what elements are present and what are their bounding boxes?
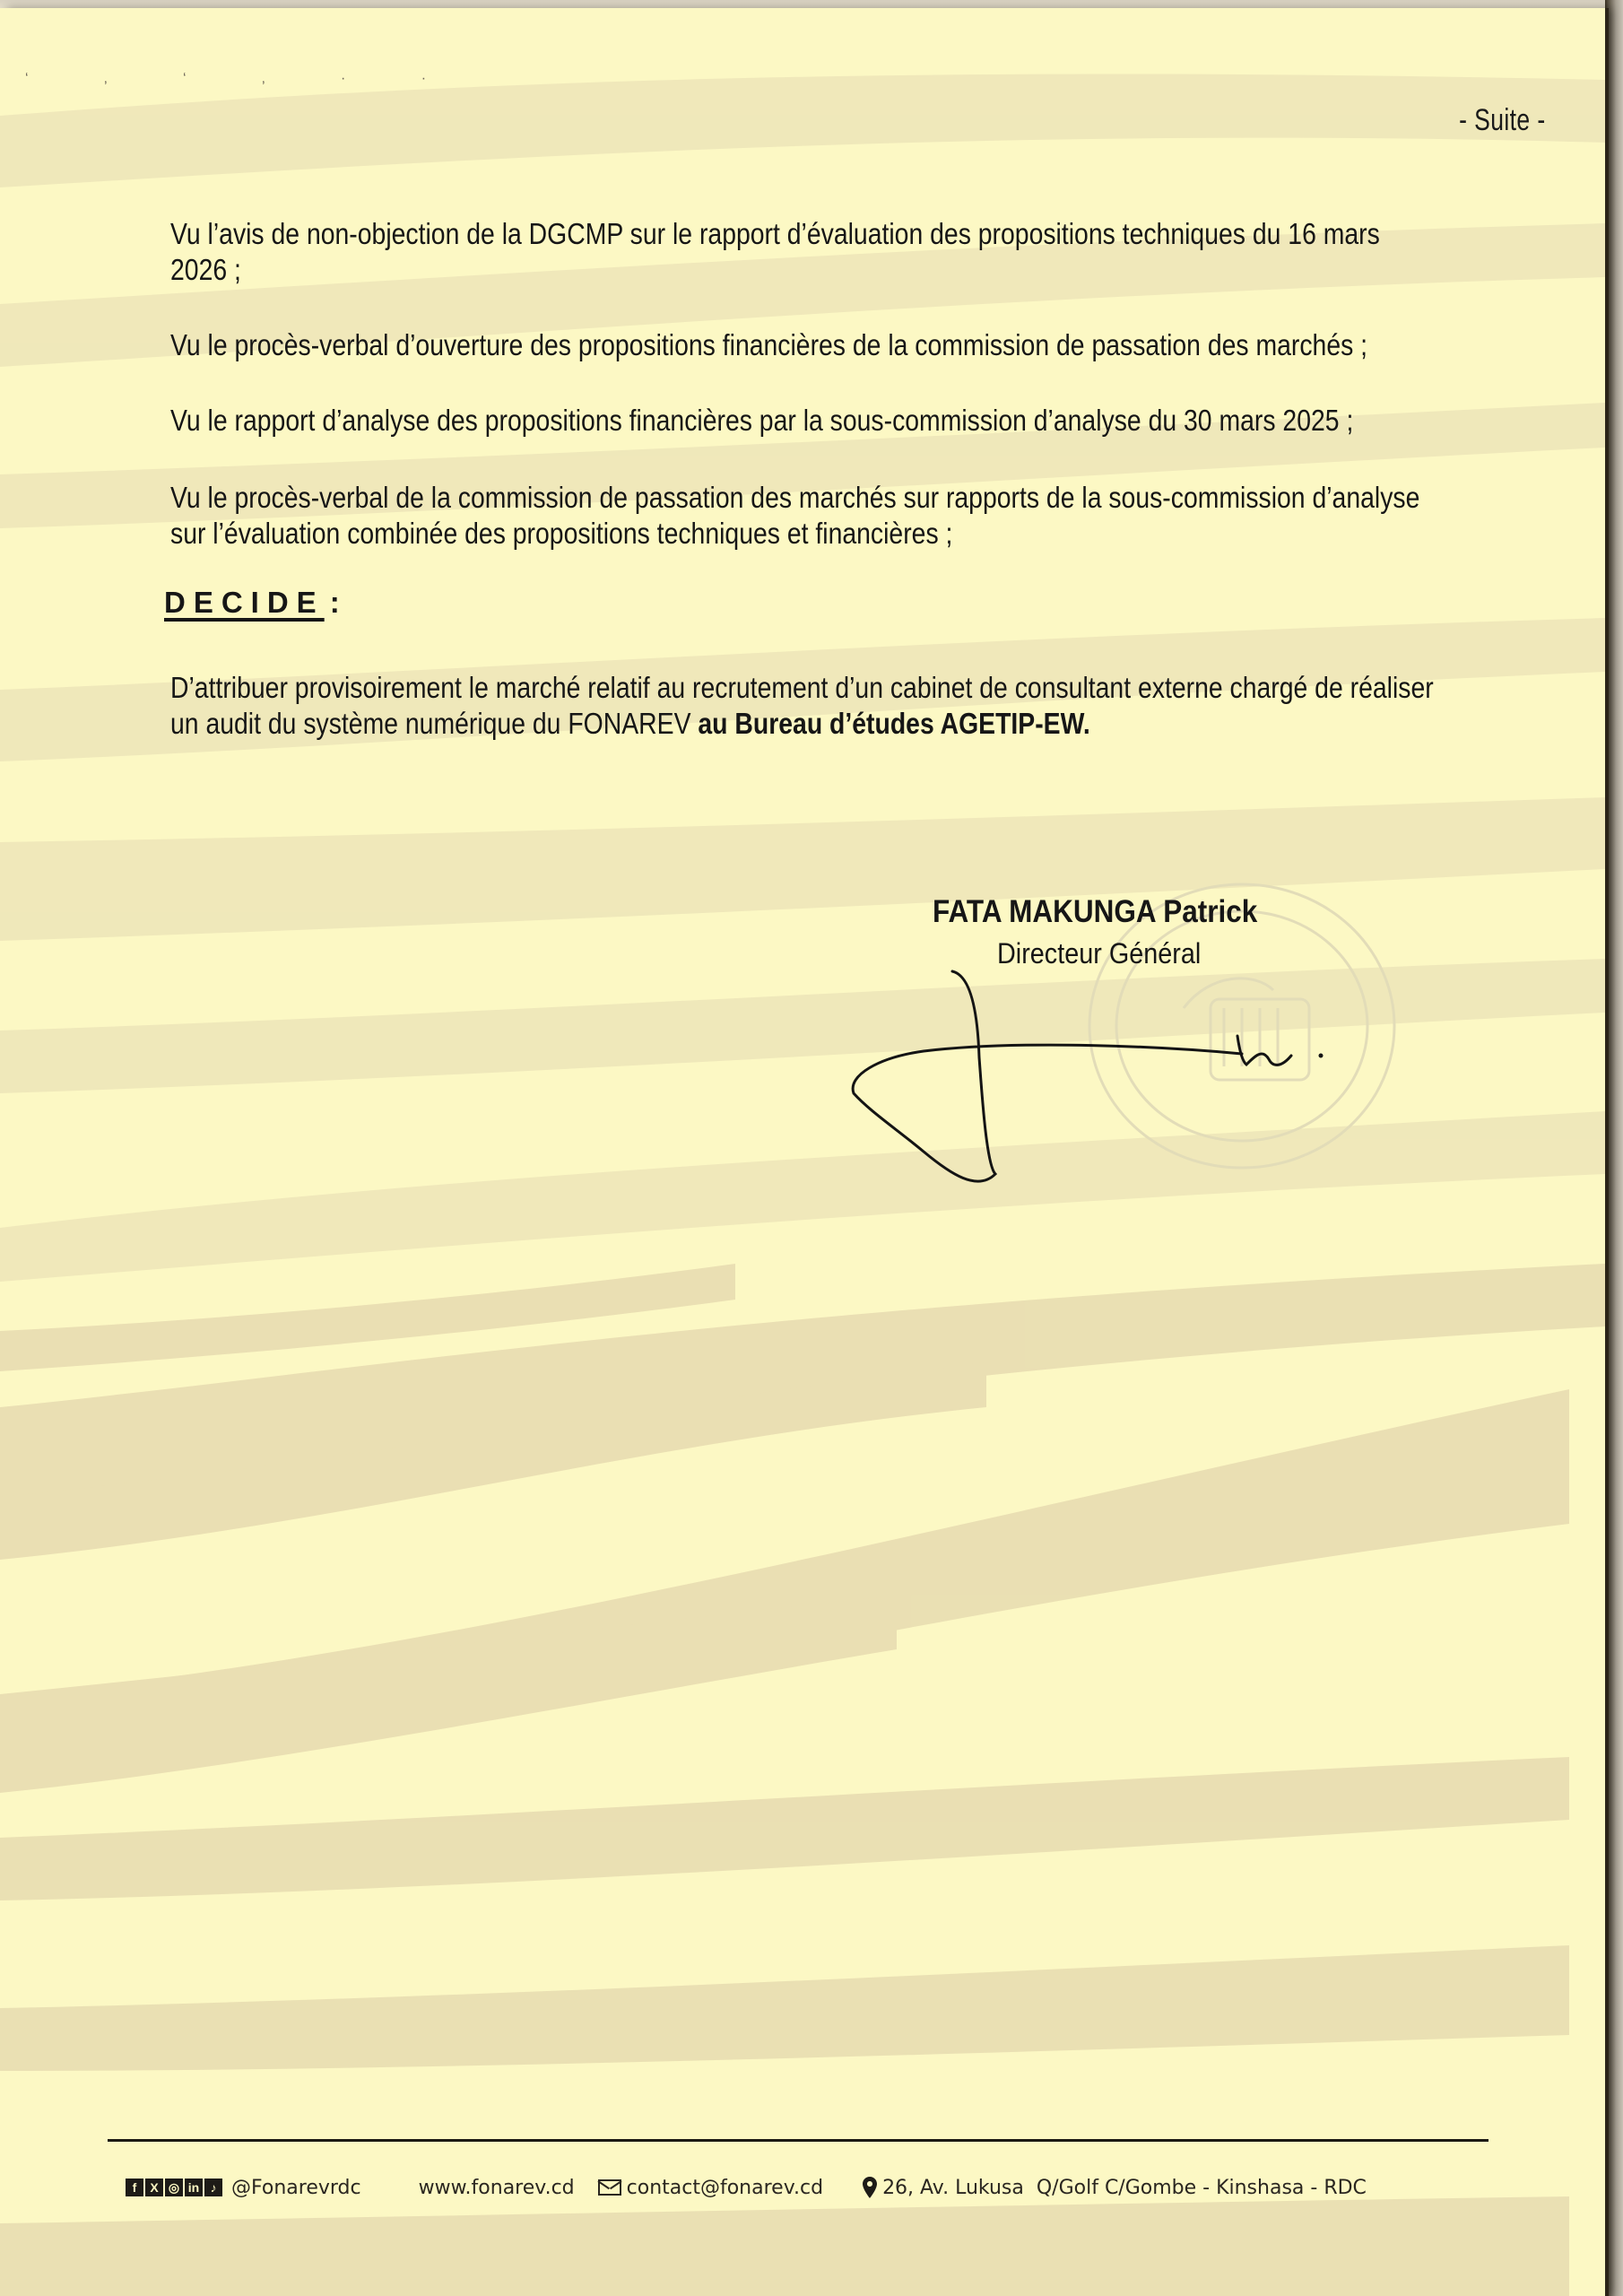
document-page: ‘ ‚ ‘ ‚ · · - Suite - Vu l’avis de non-o… xyxy=(0,8,1605,2296)
linkedin-icon[interactable]: in xyxy=(185,2179,203,2196)
scan-right-edge xyxy=(1605,0,1623,2296)
decision-line-1: D’attribuer provisoirement le marché rel… xyxy=(170,670,1489,706)
decision-text: D’attribuer provisoirement le marché rel… xyxy=(170,670,1489,742)
consideration-1: Vu l’avis de non-objection de la DGCMP s… xyxy=(170,216,1489,288)
social-handle[interactable]: @Fonarevrdc xyxy=(231,2177,361,2199)
consideration-3: Vu le rapport d’analyse des propositions… xyxy=(170,403,1489,439)
awardee-name: au Bureau d’études AGETIP-EW. xyxy=(698,707,1089,740)
continuation-label: - Suite - xyxy=(1460,103,1546,138)
envelope-icon xyxy=(598,2179,621,2196)
footer: f X ◎ in ♪ @Fonarevrdc www.fonarev.cd co… xyxy=(126,2170,1367,2205)
footer-divider xyxy=(108,2139,1488,2142)
consideration-1-line-1: Vu l’avis de non-objection de la DGCMP s… xyxy=(170,216,1489,252)
address-text: 26, Av. Lukusa Q/Golf C/Gombe - Kinshasa… xyxy=(882,2177,1367,2199)
address: 26, Av. Lukusa Q/Golf C/Gombe - Kinshasa… xyxy=(863,2177,1367,2199)
x-icon[interactable]: X xyxy=(145,2179,163,2196)
email-address[interactable]: contact@fonarev.cd xyxy=(627,2177,823,2199)
instagram-icon[interactable]: ◎ xyxy=(165,2179,183,2196)
website-link[interactable]: www.fonarev.cd xyxy=(419,2177,575,2199)
decision-line-2: un audit du système numérique du FONAREV… xyxy=(170,706,1489,742)
decision-heading-word: DECIDE xyxy=(164,586,325,619)
scan-artifacts: ‘ ‚ ‘ ‚ · · xyxy=(25,71,462,87)
signer-name: FATA MAKUNGA Patrick xyxy=(933,894,1257,930)
consideration-1-line-2: 2026 ; xyxy=(170,252,1489,288)
consideration-3-line-1: Vu le rapport d’analyse des propositions… xyxy=(170,403,1489,439)
facebook-icon[interactable]: f xyxy=(126,2179,143,2196)
consideration-2-line-1: Vu le procès-verbal d’ouverture des prop… xyxy=(170,327,1489,363)
decision-line-2-plain: un audit du système numérique du FONAREV xyxy=(170,707,698,740)
location-pin-icon xyxy=(863,2177,877,2198)
consideration-2: Vu le procès-verbal d’ouverture des prop… xyxy=(170,327,1489,363)
handwritten-signature xyxy=(843,950,1345,1183)
decision-heading-colon: : xyxy=(330,586,340,619)
consideration-4-line-2: sur l’évaluation combinée des propositio… xyxy=(170,516,1489,552)
consideration-4-line-1: Vu le procès-verbal de la commission de … xyxy=(170,480,1489,516)
social-icons: f X ◎ in ♪ xyxy=(126,2179,222,2196)
email-contact[interactable]: contact@fonarev.cd xyxy=(598,2177,823,2199)
consideration-4: Vu le procès-verbal de la commission de … xyxy=(170,480,1489,552)
tiktok-icon[interactable]: ♪ xyxy=(204,2179,222,2196)
decision-heading: DECIDE: xyxy=(164,586,340,620)
